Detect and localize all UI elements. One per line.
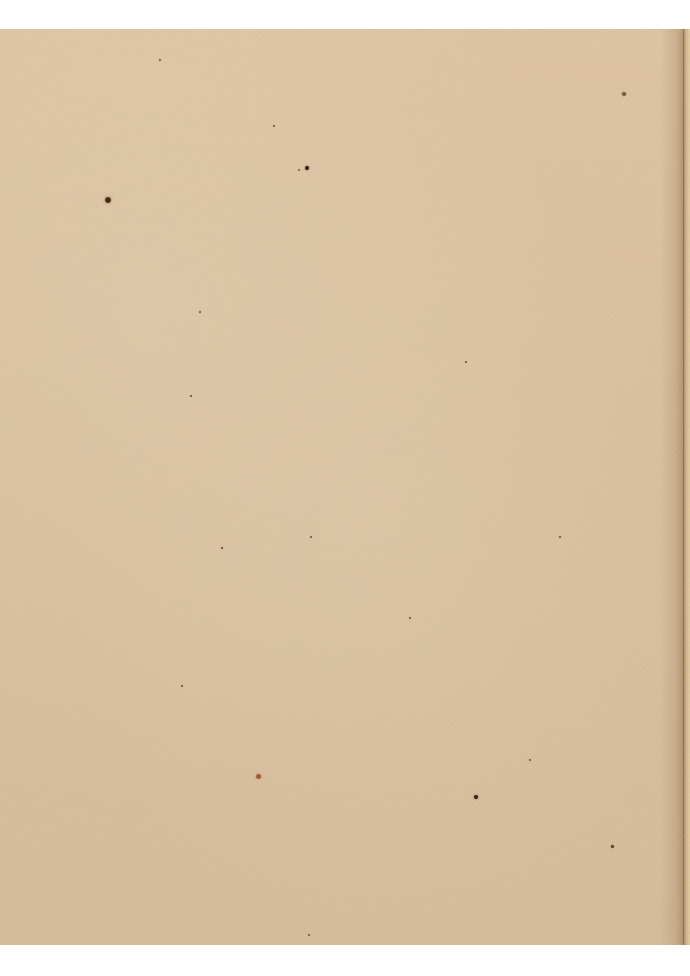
- foxing-speck: [474, 795, 478, 799]
- foxing-speck: [409, 617, 411, 619]
- foxing-speck: [105, 197, 111, 203]
- foxing-speck: [559, 536, 561, 538]
- foxing-speck: [622, 92, 626, 96]
- foxing-speck: [273, 125, 275, 127]
- foxing-speck: [310, 536, 312, 538]
- foxing-speck: [298, 169, 300, 171]
- foxing-speck: [159, 59, 161, 61]
- blank-paper-page: [0, 29, 690, 945]
- foxing-speck: [305, 166, 309, 170]
- binding-gutter: [660, 29, 690, 945]
- foxing-speck: [199, 311, 201, 313]
- foxing-speck: [181, 685, 183, 687]
- foxing-speck: [308, 934, 310, 936]
- scanned-image: [0, 0, 690, 976]
- foxing-speck: [221, 547, 223, 549]
- foxing-speck: [465, 361, 467, 363]
- foxing-speck: [190, 395, 192, 397]
- foxing-speck: [256, 774, 261, 779]
- foxing-speck: [529, 759, 531, 761]
- gutter-edge-line: [683, 29, 684, 945]
- foxing-speck: [611, 845, 614, 848]
